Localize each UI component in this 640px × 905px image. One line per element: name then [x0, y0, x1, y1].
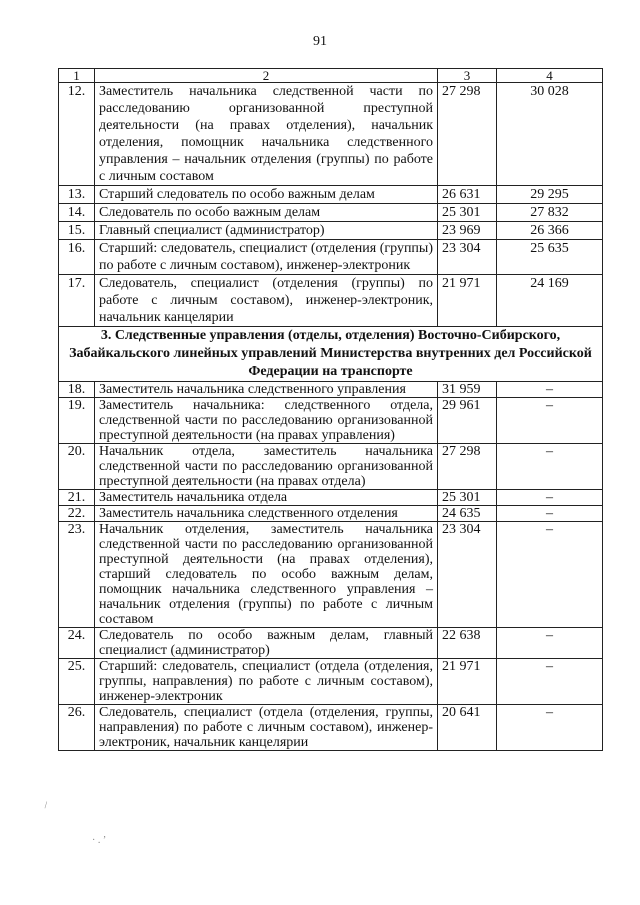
- salary-value: 20 641: [438, 705, 497, 751]
- position-title: Заместитель начальника следственной част…: [95, 83, 438, 186]
- table-row: 16.Старший: следователь, специалист (отд…: [59, 240, 603, 275]
- salary-value-alt: 26 366: [497, 222, 603, 240]
- table-row: 18.Заместитель начальника следственного …: [59, 382, 603, 398]
- row-number: 24.: [59, 628, 95, 659]
- position-title: Заместитель начальника следственного упр…: [95, 382, 438, 398]
- salary-value: 27 298: [438, 83, 497, 186]
- salary-value: 31 959: [438, 382, 497, 398]
- column-number-row: 1 2 3 4: [59, 69, 603, 83]
- salary-value-alt: –: [497, 522, 603, 628]
- position-title: Старший: следователь, специалист (отдела…: [95, 659, 438, 705]
- row-number: 16.: [59, 240, 95, 275]
- salary-value: 21 971: [438, 659, 497, 705]
- salary-value: 24 635: [438, 506, 497, 522]
- row-number: 23.: [59, 522, 95, 628]
- salary-value: 29 961: [438, 398, 497, 444]
- table-row: 14.Следователь по особо важным делам25 3…: [59, 204, 603, 222]
- salary-value: 21 971: [438, 275, 497, 327]
- salary-value: 23 969: [438, 222, 497, 240]
- row-number: 22.: [59, 506, 95, 522]
- position-title: Следователь, специалист (отдела (отделен…: [95, 705, 438, 751]
- row-number: 25.: [59, 659, 95, 705]
- salary-value: 23 304: [438, 522, 497, 628]
- salary-value: 25 301: [438, 204, 497, 222]
- position-title: Следователь по особо важным делам: [95, 204, 438, 222]
- salary-table: 1 2 3 4 12.Заместитель начальника следст…: [58, 68, 603, 751]
- salary-value-alt: –: [497, 506, 603, 522]
- table-row: 13.Старший следователь по особо важным д…: [59, 186, 603, 204]
- scan-artifact: · . ʼ: [92, 835, 106, 846]
- salary-value: 26 631: [438, 186, 497, 204]
- salary-value: 22 638: [438, 628, 497, 659]
- row-number: 21.: [59, 490, 95, 506]
- scan-artifact: \: [41, 800, 50, 811]
- table-row: 12.Заместитель начальника следственной ч…: [59, 83, 603, 186]
- salary-value: 27 298: [438, 444, 497, 490]
- row-number: 17.: [59, 275, 95, 327]
- column-header-1: 1: [59, 69, 95, 83]
- row-number: 13.: [59, 186, 95, 204]
- column-header-2: 2: [95, 69, 438, 83]
- salary-value-alt: 30 028: [497, 83, 603, 186]
- page-number: 91: [0, 34, 640, 50]
- position-title: Старший следователь по особо важным дела…: [95, 186, 438, 204]
- salary-value-alt: 24 169: [497, 275, 603, 327]
- table-row: 20.Начальник отдела, заместитель начальн…: [59, 444, 603, 490]
- salary-value-alt: –: [497, 398, 603, 444]
- salary-value-alt: –: [497, 659, 603, 705]
- salary-value-alt: –: [497, 444, 603, 490]
- position-title: Заместитель начальника следственного отд…: [95, 506, 438, 522]
- row-number: 26.: [59, 705, 95, 751]
- table-row: 24.Следователь по особо важным делам, гл…: [59, 628, 603, 659]
- row-number: 12.: [59, 83, 95, 186]
- salary-value: 25 301: [438, 490, 497, 506]
- salary-value-alt: –: [497, 628, 603, 659]
- position-title: Заместитель начальника: следственного от…: [95, 398, 438, 444]
- row-number: 15.: [59, 222, 95, 240]
- row-number: 19.: [59, 398, 95, 444]
- salary-value-alt: 29 295: [497, 186, 603, 204]
- position-title: Следователь по особо важным делам, главн…: [95, 628, 438, 659]
- table-row: 17.Следователь, специалист (отделения (г…: [59, 275, 603, 327]
- salary-table-body: 1 2 3 4 12.Заместитель начальника следст…: [59, 69, 603, 751]
- position-title: Начальник отделения, заместитель начальн…: [95, 522, 438, 628]
- table-row: 15.Главный специалист (администратор)23 …: [59, 222, 603, 240]
- table-row: 26.Следователь, специалист (отдела (отде…: [59, 705, 603, 751]
- position-title: Начальник отдела, заместитель начальника…: [95, 444, 438, 490]
- salary-value-alt: –: [497, 490, 603, 506]
- table-row: 25.Старший: следователь, специалист (отд…: [59, 659, 603, 705]
- salary-value: 23 304: [438, 240, 497, 275]
- table-row: 22.Заместитель начальника следственного …: [59, 506, 603, 522]
- row-number: 20.: [59, 444, 95, 490]
- table-row: 23.Начальник отделения, заместитель нача…: [59, 522, 603, 628]
- column-header-3: 3: [438, 69, 497, 83]
- position-title: Старший: следователь, специалист (отделе…: [95, 240, 438, 275]
- position-title: Заместитель начальника отдела: [95, 490, 438, 506]
- position-title: Главный специалист (администратор): [95, 222, 438, 240]
- column-header-4: 4: [497, 69, 603, 83]
- salary-value-alt: –: [497, 705, 603, 751]
- section-title: 3. Следственные управления (отделы, отде…: [59, 327, 603, 382]
- salary-value-alt: 27 832: [497, 204, 603, 222]
- salary-value-alt: 25 635: [497, 240, 603, 275]
- row-number: 18.: [59, 382, 95, 398]
- salary-value-alt: –: [497, 382, 603, 398]
- table-row: 21.Заместитель начальника отдела25 301–: [59, 490, 603, 506]
- section-row: 3. Следственные управления (отделы, отде…: [59, 327, 603, 382]
- position-title: Следователь, специалист (отделения (груп…: [95, 275, 438, 327]
- table-row: 19.Заместитель начальника: следственного…: [59, 398, 603, 444]
- row-number: 14.: [59, 204, 95, 222]
